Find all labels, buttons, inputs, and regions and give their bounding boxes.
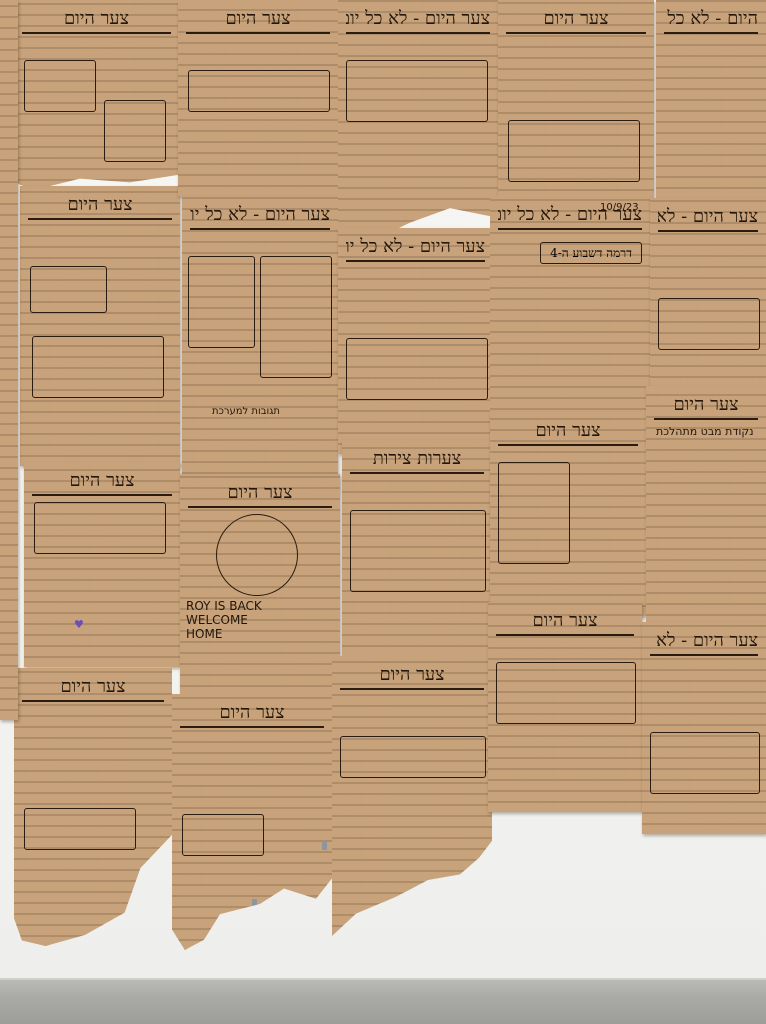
newspaper-sheet: צער היום ROY IS BACK WELCOME HOME <box>180 474 340 696</box>
column-heading: נקודת מבט מתהלכת <box>656 426 754 438</box>
concrete-floor <box>0 978 766 1024</box>
sheet-header: צער היום - לא כל יום <box>658 204 758 232</box>
newspaper-sheet: צער היום - לא כל יום <box>650 198 766 398</box>
sheet-header: צער היום <box>32 468 172 496</box>
article-box <box>34 502 166 554</box>
article-box <box>340 736 486 778</box>
sheet-header: צער היום <box>498 418 638 446</box>
newspaper-sheet: צער היום - לא כל יום <box>338 228 493 454</box>
sheet-header: צער היום <box>28 192 172 220</box>
article-box <box>496 662 636 724</box>
sheet-header: צער היום <box>654 392 758 420</box>
sheet-header: צער היום <box>186 6 330 34</box>
sheet-header: צער היום - לא כל יום <box>190 202 330 230</box>
sheet-header: צער היום <box>496 608 634 636</box>
article-box <box>24 808 136 850</box>
newspaper-sheet: צער היום <box>178 0 338 196</box>
article-box <box>30 266 107 313</box>
english-note: ROY IS BACK WELCOME HOME <box>186 599 262 641</box>
sheet-header: צער היום - לא כל יום <box>346 234 485 262</box>
sheet-header: היום - לא כל יום <box>664 6 758 34</box>
sheet-header: צערות צירות <box>350 446 484 474</box>
newspaper-sheet: צער היום נקודת מבט מתהלכת <box>646 386 766 636</box>
newspaper-sheet: צער היום <box>488 602 642 812</box>
newspaper-sheet: צער היום - לא כל יום <box>338 0 498 242</box>
heart-icon: ♥ <box>74 620 84 629</box>
sheet-header: צער היום <box>340 662 484 690</box>
sheet-header: צער היום <box>188 480 332 508</box>
article-box <box>182 814 264 856</box>
newspaper-sheet: צער היום ♥ <box>24 462 180 667</box>
article-box <box>216 514 298 596</box>
sheet-header: צער היום <box>180 700 324 728</box>
article-box <box>188 70 330 112</box>
article-box <box>346 338 488 400</box>
sheet-header: צער היום <box>22 674 164 702</box>
article-box <box>188 256 255 348</box>
article-box <box>508 120 640 182</box>
article-box <box>32 336 164 398</box>
sheet-header: צער היום - לא כל יום <box>650 628 758 656</box>
article-box <box>260 256 332 378</box>
newspaper-sheet: היום - לא כל יום <box>656 0 766 198</box>
article-box <box>350 510 486 592</box>
article-box <box>24 60 96 112</box>
sheet-header: צער היום <box>22 6 171 34</box>
sheet-header: צער היום - לא כל יום <box>346 6 490 34</box>
article-box <box>346 60 488 122</box>
newspaper-sheet: צער היום <box>20 186 180 466</box>
issue-date: 10/9/23 <box>600 202 639 214</box>
newspaper-sheet: צער היום - לא כל יום תגובות למערכת <box>182 196 338 494</box>
pushpin <box>322 842 327 850</box>
article-box <box>658 298 760 350</box>
footer-caption: תגובות למערכת <box>212 406 280 418</box>
newspaper-sheet: צער היום - לא כל יום <box>642 622 766 834</box>
newspaper-sheet: צער היום <box>498 0 654 200</box>
newspaper-sheet: צער היום <box>14 0 179 190</box>
article-box <box>498 462 570 564</box>
article-box <box>650 732 760 794</box>
headline-box: דרמה דשבוע ה-4 <box>540 242 642 264</box>
newspaper-sheet: צער היום <box>490 412 646 616</box>
sheet-header: צער היום <box>506 6 646 34</box>
article-box <box>104 100 166 162</box>
newspaper-sheet-edge <box>0 0 18 720</box>
